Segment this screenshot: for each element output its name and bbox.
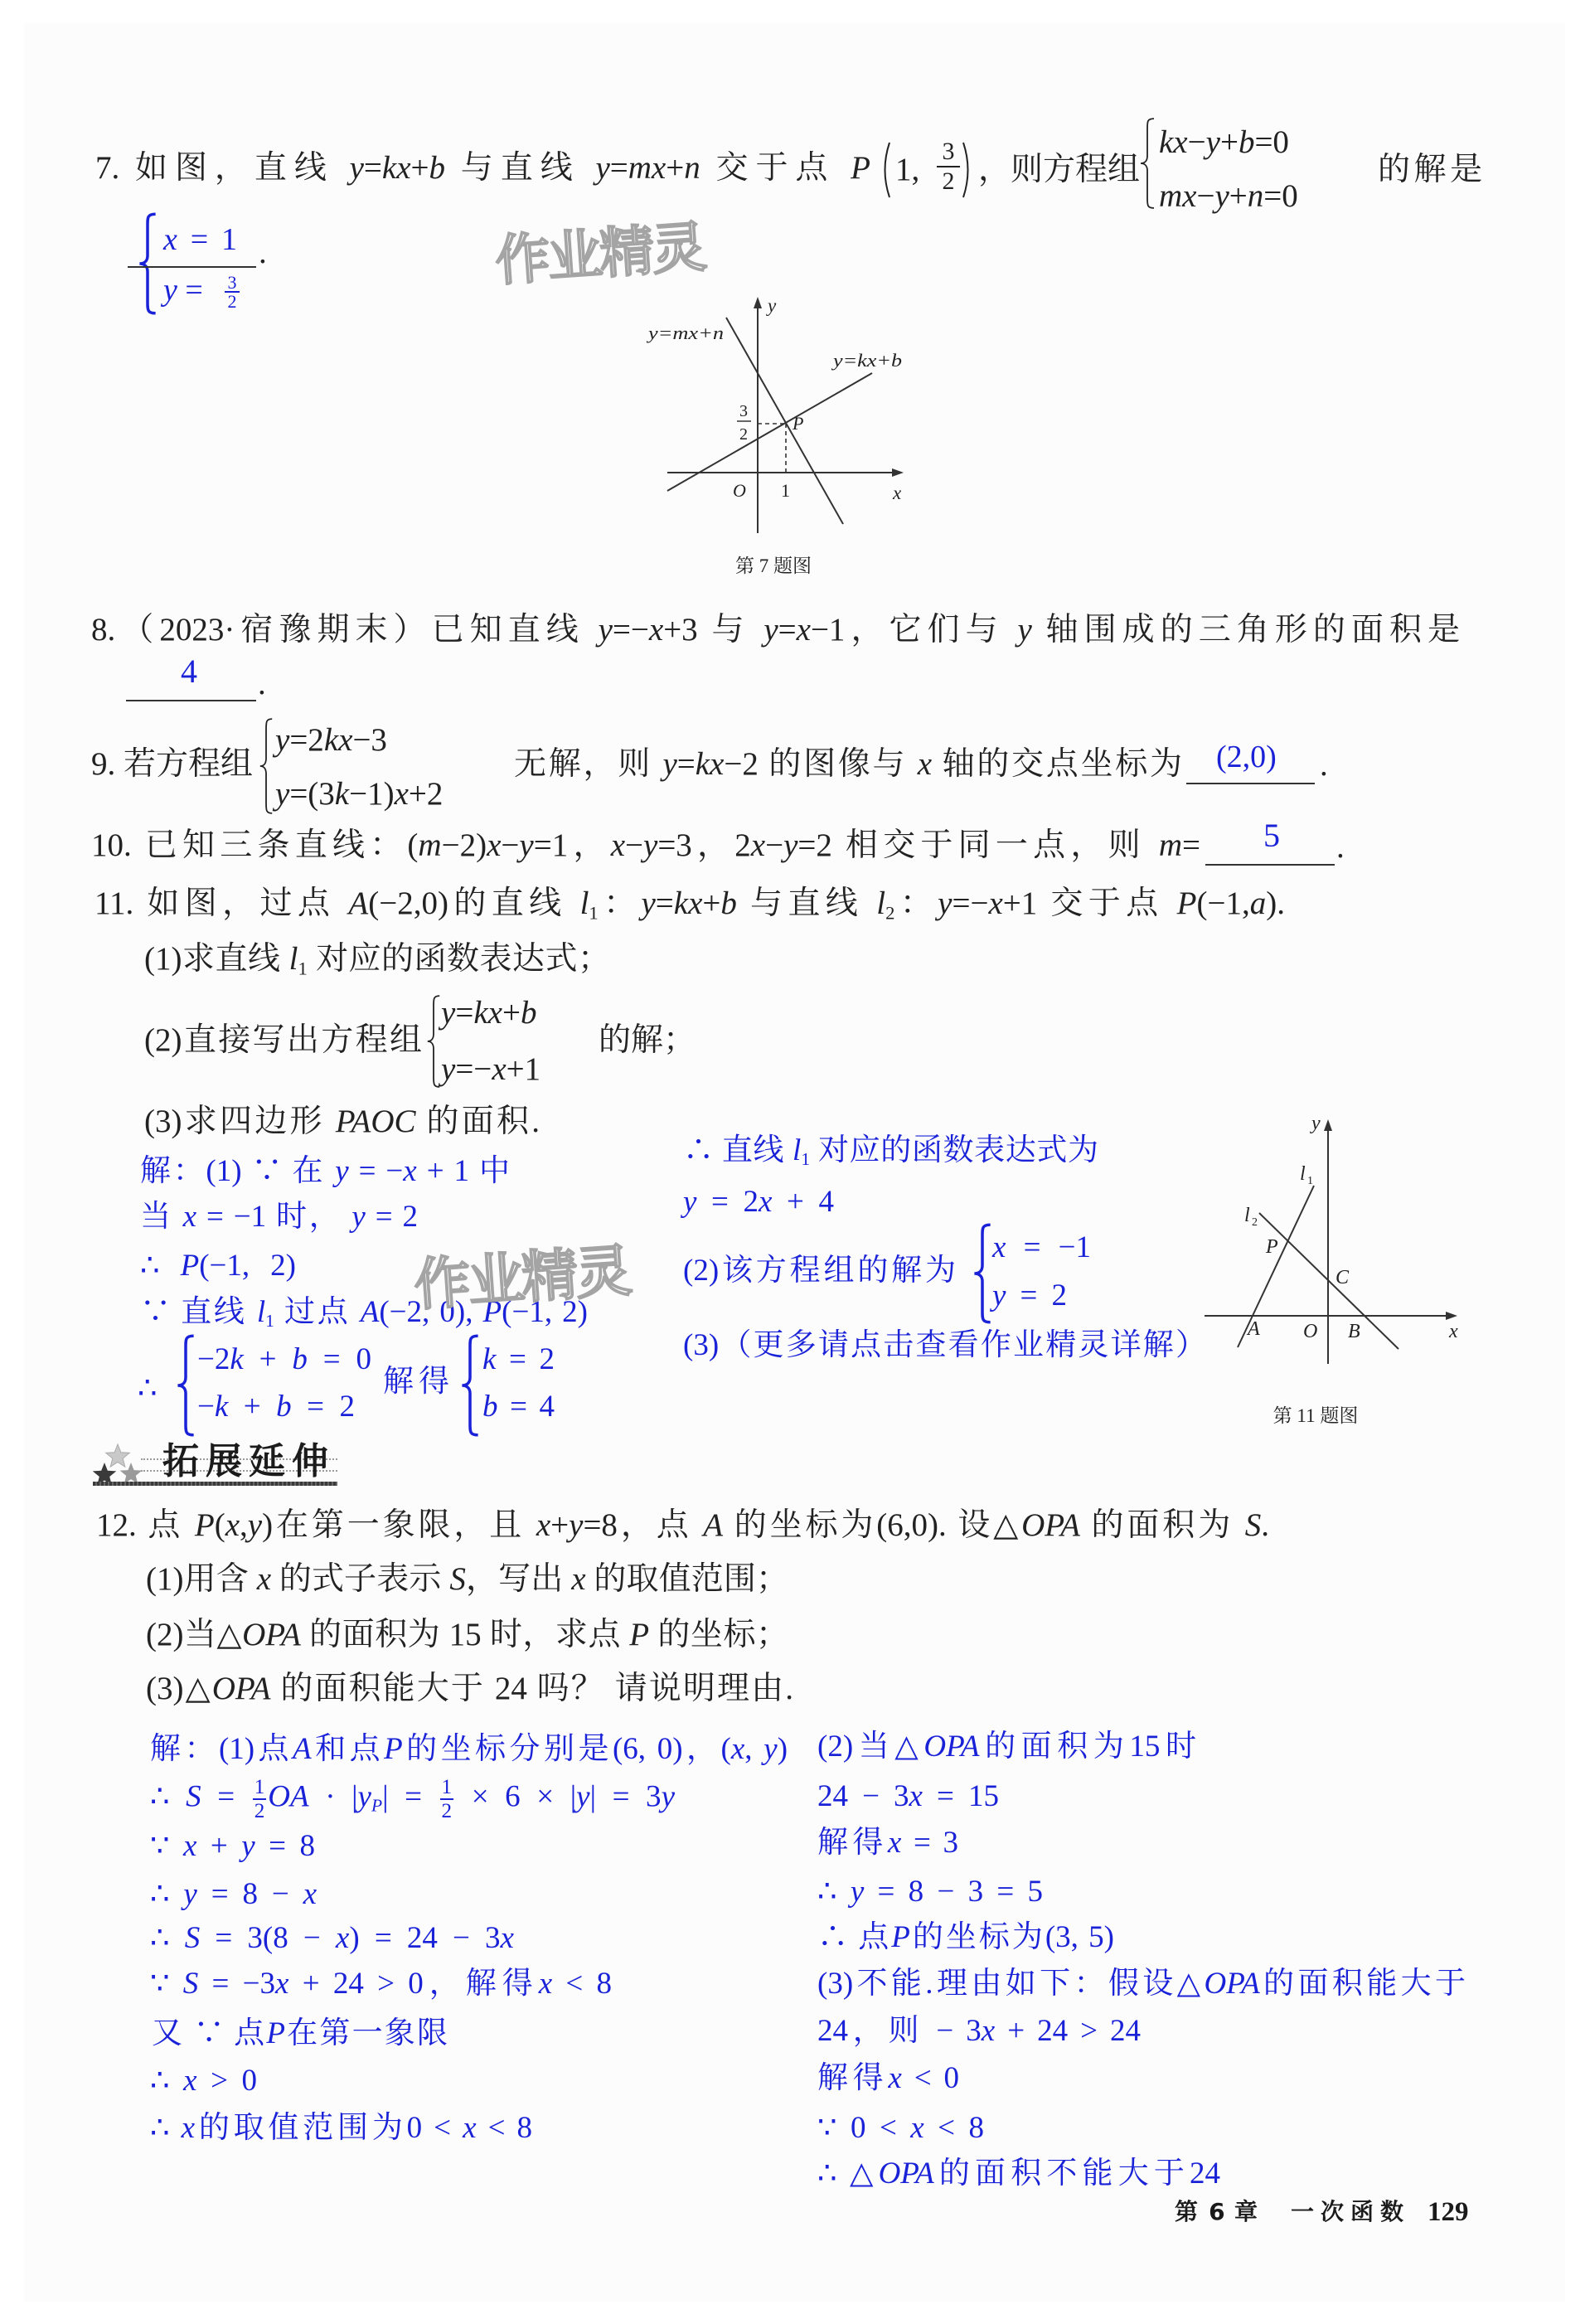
q12-solution-line: ∵ x + y = 8 [150, 1826, 315, 1867]
view-more-solution-link[interactable]: (3)（更多请点击查看作业精灵详解） [683, 1325, 1206, 1366]
q12-solution-line: ∴ 点P的坐标为(3, 5) [817, 1917, 1114, 1958]
label-origin: O [1303, 1321, 1317, 1342]
right-paren-icon [962, 141, 973, 199]
q9-mid: 无解，则 y=kx−2 的图像与 x 轴的交点坐标为 [514, 744, 1182, 785]
q7-answer-x: x = 1 [163, 219, 237, 260]
q11-solution-part2-y: y = 2 [992, 1275, 1067, 1317]
figure-11-graph: y x l 1 l 2 P C A O B 第 11 题图 [1185, 1086, 1484, 1434]
label-x-axis: x [892, 483, 902, 503]
section-title: 拓展延伸 [162, 1439, 328, 1485]
label-l1-subscript: 1 [1307, 1175, 1313, 1187]
q7-mid: ，则方程组 [978, 149, 1136, 191]
answer-brace-icon [176, 1335, 196, 1436]
q7-stem: 7. 如图，直线 y=kx+b 与直线 y=mx+n 交于点 P [95, 148, 870, 189]
answer-blank-underline [1205, 864, 1335, 866]
x-axis-arrow-icon [892, 468, 904, 477]
q12-solution-line: 解得x = 3 [817, 1822, 958, 1864]
q12-part2: (2)当△OPA 的面积为 15 时，求点 P 的坐标； [146, 1614, 788, 1656]
q12-solution-line: ∵ 0 < x < 8 [817, 2108, 984, 2149]
answer-blank-underline [1186, 783, 1315, 784]
q7-point-y-fraction: 3 2 [937, 138, 960, 196]
q12-solution-line: ∴ △OPA的面积不能大于24 [817, 2153, 1220, 2195]
answer-blank-underline [128, 266, 256, 268]
q7-system-eq1: kx−y+b=0 [1159, 122, 1363, 163]
page-number: 129 [1428, 2195, 1469, 2229]
q11-part2-lead: (2)直接写出方程组 [144, 1020, 422, 1061]
q11-solution-line: ∴ P(−1, 2) [140, 1245, 296, 1287]
q12-solution-line: (3)不能.理由如下：假设△OPA的面积能大于 [817, 1963, 1466, 2005]
label-tick-1: 1 [781, 480, 790, 501]
figure-7-graph: y=mx+n y=kx+b y x O 1 3 2 P 第 7 题图 [630, 282, 912, 580]
q8-stem: 8.（2023·宿豫期末）已知直线 y=−x+3 与 y=x−1，它们与 y 轴… [91, 609, 1460, 651]
answer-brace-icon [972, 1224, 992, 1323]
q11-solution-line: 当 x = −1 时， y = 2 [140, 1196, 418, 1238]
answer-brace-icon [138, 213, 158, 314]
label-origin: O [733, 480, 746, 501]
q11-stem: 11. 如图，过点 A(−2,0)的直线 l1：y=kx+b 与直线 l2：y=… [95, 883, 1285, 924]
left-brace-icon [1139, 118, 1156, 209]
y-axis-arrow-icon [1324, 1119, 1332, 1131]
fraction-numerator: 3 [937, 138, 960, 167]
q11-solution-system2-eq2: b = 4 [482, 1386, 555, 1428]
q11-solution-system1-eq2: −k + b = 2 [197, 1386, 355, 1428]
q12-solution-line: (2)当△OPA的面积为15时 [817, 1726, 1196, 1768]
q7-tail: 的解是 [1378, 149, 1482, 191]
q9-period: . [1320, 745, 1328, 786]
label-y-axis: y [1310, 1113, 1321, 1134]
label-point-a: A [1246, 1318, 1260, 1340]
q11-solution-solve-word: 解得 [383, 1361, 449, 1403]
q12-solution-line: 又 ∵ 点P在第一象限 [152, 2013, 448, 2055]
answer-brace-icon [460, 1335, 480, 1436]
footer-chapter-title: 一次函数 [1291, 2195, 1403, 2229]
q7-answer-y: y = [163, 269, 203, 311]
footer-chapter: 第 6 章 [1175, 2195, 1258, 2229]
y-axis-arrow-icon [754, 297, 762, 308]
q11-solution-line: 解：(1) ∵ 在 y = −x + 1 中 [140, 1151, 510, 1192]
q7-system-eq2: mx−y+n=0 [1159, 176, 1373, 217]
label-line-kb: y=kx+b [831, 350, 902, 371]
watermark: 作业精灵 [411, 1226, 632, 1322]
q9-lead: 9. 若方程组 [91, 744, 253, 785]
q8-period: . [258, 663, 266, 705]
q10-answer: 5 [1263, 815, 1280, 856]
label-line-mn: y=mx+n [647, 323, 724, 343]
textbook-page: 7. 如图，直线 y=kx+b 与直线 y=mx+n 交于点 P 1, 3 2 … [0, 0, 1590, 2324]
label-l1: l [1300, 1163, 1306, 1185]
x-axis-arrow-icon [1446, 1312, 1457, 1320]
fraction-denominator: 2 [937, 167, 960, 196]
q10-period: . [1336, 827, 1345, 868]
q11-system-eq2: y=−x+1 [441, 1049, 594, 1090]
q7-point-x: 1, [895, 149, 919, 191]
left-paren-icon [880, 141, 891, 199]
q8-answer: 4 [181, 651, 197, 692]
q12-stem: 12. 点 P(x,y)在第一象限，且 x+y=8，点 A 的坐标为(6,0).… [96, 1505, 1269, 1546]
label-point-b: B [1348, 1321, 1360, 1342]
fraction-denominator: 2 [225, 293, 240, 310]
q12-part3: (3)△OPA 的面积能大于 24 吗？ 请说明理由. [146, 1668, 793, 1710]
label-y-axis: y [766, 295, 777, 316]
label-point-p: P [1265, 1236, 1278, 1258]
left-brace-icon [259, 718, 274, 814]
q7-period: . [259, 232, 267, 274]
q11-part3: (3)求四边形 PAOC 的面积. [144, 1101, 540, 1143]
q11-solution-system2-eq1: k = 2 [482, 1339, 555, 1380]
q9-system-eq2: y=(3k−1)x+2 [275, 774, 511, 815]
q12-solution-line: ∴ x的取值范围为0 < x < 8 [150, 2108, 532, 2149]
left-brace-icon [426, 995, 441, 1088]
q12-solution-line: 24，则 − 3x + 24 > 24 [817, 2011, 1141, 2052]
q11-system-eq1: y=kx+b [441, 992, 578, 1034]
q12-solution-line: ∴ y = 8 − x [150, 1874, 317, 1915]
q12-solution-line: ∴ x > 0 [150, 2060, 257, 2102]
label-tick-y-num: 3 [739, 402, 748, 420]
label-tick-y-den: 2 [739, 425, 748, 444]
q11-solution-system1-eq1: −2k + b = 0 [197, 1339, 371, 1380]
figure-7-caption: 第 7 题图 [735, 556, 812, 576]
q11-solution-line: y = 2x + 4 [683, 1181, 834, 1223]
q12-solution-line: ∴ S = 12OA · |yP| = 12 × 6 × |y| = 3y [150, 1776, 675, 1817]
q12-solution-line: ∵ S = −3x + 24 > 0，解得x < 8 [150, 1963, 612, 2005]
stars-icon [88, 1439, 148, 1487]
q11-solution-part2-x: x = −1 [992, 1227, 1091, 1269]
q11-part2-tail: 的解； [599, 1020, 696, 1061]
q12-solution-line: ∴ y = 8 − 3 = 5 [817, 1871, 1043, 1913]
label-point-p: P [792, 413, 803, 434]
q12-solution-line: ∴ S = 3(8 − x) = 24 − 3x [150, 1918, 514, 1959]
figure-11-caption: 第 11 题图 [1273, 1405, 1359, 1426]
label-point-c: C [1336, 1267, 1350, 1288]
q12-solution-line: 解得x < 0 [817, 2058, 959, 2099]
answer-blank-underline [126, 700, 256, 701]
q10-stem: 10. 已知三条直线：(m−2)x−y=1，x−y=3，2x−y=2 相交于同一… [91, 825, 1200, 866]
therefore-symbol: ∴ [138, 1368, 158, 1409]
label-l2: l [1244, 1205, 1250, 1226]
q7-answer-y-fraction: 3 2 [225, 274, 240, 310]
q9-answer: (2,0) [1216, 736, 1277, 778]
q11-part1: (1)求直线 l1 对应的函数表达式； [144, 939, 610, 980]
q12-part1: (1)用含 x 的式子表示 S，写出 x 的取值范围； [146, 1559, 788, 1600]
label-l2-subscript: 2 [1252, 1216, 1258, 1229]
q12-solution-line: 24 − 3x = 15 [817, 1776, 999, 1817]
fraction-numerator: 3 [225, 274, 240, 293]
label-x-axis: x [1448, 1321, 1458, 1342]
q11-solution-part2-lead: (2)该方程组的解为 [683, 1250, 956, 1292]
q12-solution-line: 解：(1)点A和点P的坐标分别是(6, 0)，(x, y) [150, 1729, 788, 1770]
q11-solution-line: ∴ 直线 l1 对应的函数表达式为 [683, 1130, 1098, 1172]
q9-system-eq1: y=2kx−3 [275, 720, 429, 761]
